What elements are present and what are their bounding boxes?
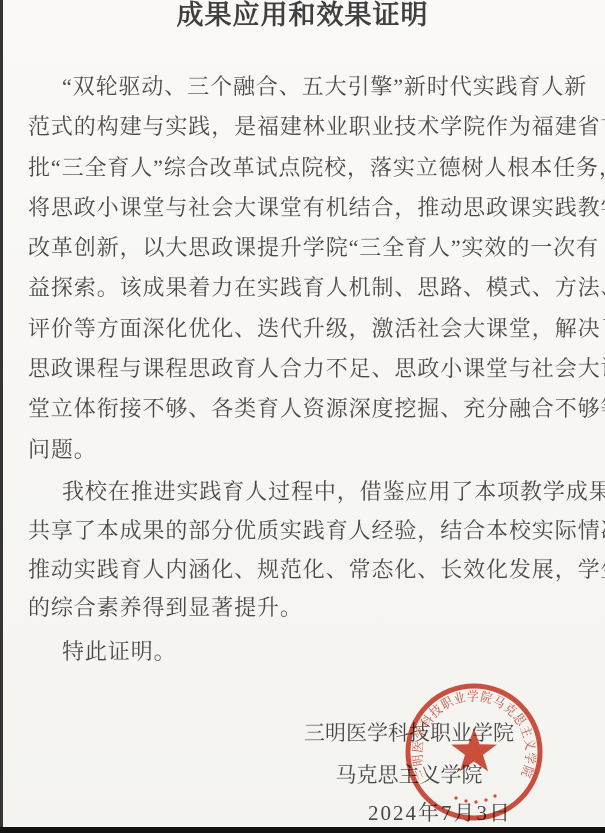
paragraph-1-line: 改革创新，以大思政课提升学院“三全育人”实效的一次有 [28, 228, 588, 268]
paragraph-1-line: 范式的构建与实践，是福建林业职业技术学院作为福建省首 [28, 107, 588, 147]
paragraph-1-line: 评价等方面深化优化、迭代升级，激活社会大课堂，解决了 [28, 309, 588, 349]
document-title: 成果应用和效果证明 [0, 0, 605, 32]
paragraph-1-line: 思政课程与课程思政育人合力不足、思政小课堂与社会大课 [28, 349, 588, 389]
paragraph-1-line: 问题。 [28, 430, 588, 470]
paragraph-1-line: 益探索。该成果着力在实践育人机制、思路、模式、方法、 [28, 268, 588, 308]
document-page: 成果应用和效果证明 “双轮驱动、三个融合、五大引擎”新时代实践育人新 范式的构建… [0, 0, 605, 833]
paragraph-1-line: 堂立体衔接不够、各类育人资源深度挖掘、充分融合不够等 [28, 389, 588, 429]
scan-bottom-border [0, 827, 605, 833]
paragraph-1-line: 批“三全育人”综合改革试点院校，落实立德树人根本任务， [28, 148, 588, 188]
paragraph-2: 我校在推进实践育人过程中，借鉴应用了本项教学成果， 共享了本成果的部分优质实践育… [28, 473, 588, 628]
paragraph-1-line: “双轮驱动、三个融合、五大引擎”新时代实践育人新 [28, 67, 588, 107]
closing-statement: 特此证明。 [28, 632, 588, 672]
closing-line: 特此证明。 [28, 632, 588, 672]
paragraph-1-line: 将思政小课堂与社会大课堂有机结合，推动思政课实践教学 [28, 188, 588, 228]
paragraph-2-line: 推动实践育人内涵化、规范化、常态化、长效化发展，学生 [28, 551, 588, 590]
paragraph-2-line: 共享了本成果的部分优质实践育人经验，结合本校实际情况 [28, 512, 588, 551]
paragraph-1: “双轮驱动、三个融合、五大引擎”新时代实践育人新 范式的构建与实践，是福建林业职… [28, 67, 588, 470]
paragraph-2-line: 我校在推进实践育人过程中，借鉴应用了本项教学成果， [28, 473, 588, 512]
paragraph-2-line: 的综合素养得到显著提升。 [28, 589, 588, 628]
scan-left-border [0, 0, 3, 833]
signature-organization-line2: 马克思主义学院 [299, 761, 519, 789]
signature-organization-line1: 三明医学科技职业学院 [299, 719, 519, 747]
signature-date: 2024年7月3日 [330, 799, 550, 827]
